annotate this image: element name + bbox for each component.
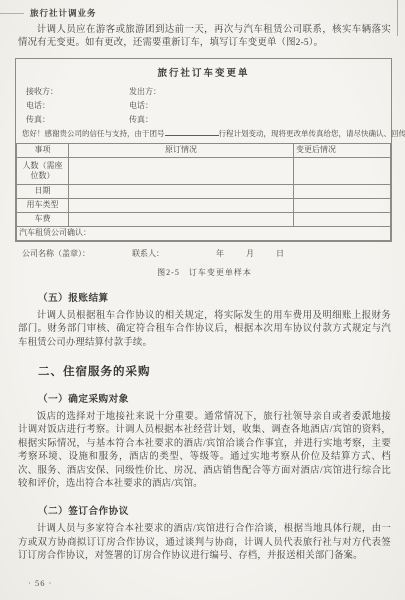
- fax-left-label: 传真：: [26, 114, 129, 125]
- group-number-blank: [165, 129, 219, 136]
- change-table: 事项 原订情况 变更后情况 人数（需座位数） 日期 用车类型: [16, 143, 391, 241]
- table-row: 车费: [17, 212, 391, 226]
- section2-sub2-paragraph: 计调人员与多家符合本社要求的酒店/宾馆进行合作洽谈，根据当地具体行规，由一方或双…: [18, 523, 391, 563]
- table-header-row: 事项 原订情况 变更后情况: [17, 143, 391, 157]
- cell-changed-fare: [294, 212, 391, 226]
- cell-changed-passengers: [294, 157, 391, 184]
- row-label-fare: 车费: [17, 212, 69, 226]
- row-label-vehicle-type: 用车类型: [17, 198, 69, 212]
- section2-sub1-paragraph: 饭店的选择对于地接社来说十分重要。通常情况下，旅行社领导亲自或者委派地接计调对饭…: [18, 411, 391, 491]
- row-label-date: 日期: [17, 184, 69, 198]
- section2-main-heading: 二、住宿服务的采购: [18, 363, 391, 379]
- booking-change-form: 旅行社订车变更单 接收方： 发出方： 电话： 电话： 传真： 传真： 您好！感谢…: [15, 58, 392, 242]
- phone-right-label: 电话：: [129, 100, 391, 111]
- page-number: · 56 ·: [28, 578, 52, 588]
- col-header-original: 原订情况: [69, 143, 294, 157]
- cell-original-date: [69, 184, 294, 198]
- section5-heading: （五）报账结算: [18, 290, 391, 304]
- confirm-row: 汽车租赁公司确认：: [17, 226, 391, 240]
- phone-left-label: 电话：: [26, 100, 129, 111]
- contact-person-label: 联系人：: [132, 248, 164, 259]
- company-name-label: 公司名称（盖章）：: [22, 248, 90, 259]
- form-title: 旅行社订车变更单: [16, 65, 391, 79]
- col-header-changed: 变更后情况: [294, 143, 391, 157]
- signature-row: 公司名称（盖章）： 联系人： 年 月 日: [18, 248, 391, 259]
- section2-sub2-heading: （二）签订合作协议: [18, 503, 391, 517]
- running-header: 旅行社计调业务: [30, 7, 97, 19]
- figure-caption: 图2-5 订车变更单样本: [18, 267, 391, 278]
- table-row: 人数（需座位数）: [17, 157, 391, 184]
- table-row: 用车类型: [17, 198, 391, 212]
- date-label: 年 月 日: [216, 248, 286, 259]
- row-label-passengers: 人数（需座位数）: [17, 157, 69, 184]
- greeting-after: 行程计划变动，现将更改单传真给您，请尽快确认、回传！谢谢！: [219, 129, 405, 138]
- sender-label: 发出方：: [129, 86, 391, 97]
- section2-sub1-heading: （一）确定采购对象: [18, 391, 391, 405]
- cell-original-vehicle-type: [69, 198, 294, 212]
- cell-changed-vehicle-type: [294, 198, 391, 212]
- section5-paragraph: 计调人员根据租车合作协议的相关规定，将实际发生的用车费用及明细账上报财务部门。财…: [18, 310, 391, 350]
- col-header-item: 事项: [17, 143, 69, 157]
- intro-paragraph: 计调人员应在游客或旅游团到达前一天，再次与汽车租赁公司联系，核实车辆落实情况有无…: [18, 24, 391, 51]
- rental-company-confirm-label: 汽车租赁公司确认：: [17, 226, 391, 240]
- receiver-label: 接收方：: [26, 86, 129, 97]
- form-fields: 接收方： 发出方： 电话： 电话： 传真： 传真：: [16, 86, 391, 127]
- fax-right-label: 传真：: [129, 114, 391, 125]
- page-content: 计调人员应在游客或旅游团到达前一天，再次与汽车租赁公司联系，核实车辆落实情况有无…: [18, 24, 391, 564]
- form-greeting: 您好！感谢贵公司的信任与支持，由于团号行程计划变动，现将更改单传真给您，请尽快确…: [16, 127, 391, 143]
- greeting-before: 您好！感谢贵公司的信任与支持，由于团号: [22, 129, 165, 138]
- table-row: 日期: [17, 184, 391, 198]
- cell-original-fare: [69, 212, 294, 226]
- scan-artifact-left-dash: [0, 13, 24, 14]
- cell-original-passengers: [69, 157, 294, 184]
- book-page: 旅行社计调业务 计调人员应在游客或旅游团到达前一天，再次与汽车租赁公司联系，核实…: [0, 0, 405, 600]
- scan-artifact-right-line: [397, 0, 398, 36]
- cell-changed-date: [294, 184, 391, 198]
